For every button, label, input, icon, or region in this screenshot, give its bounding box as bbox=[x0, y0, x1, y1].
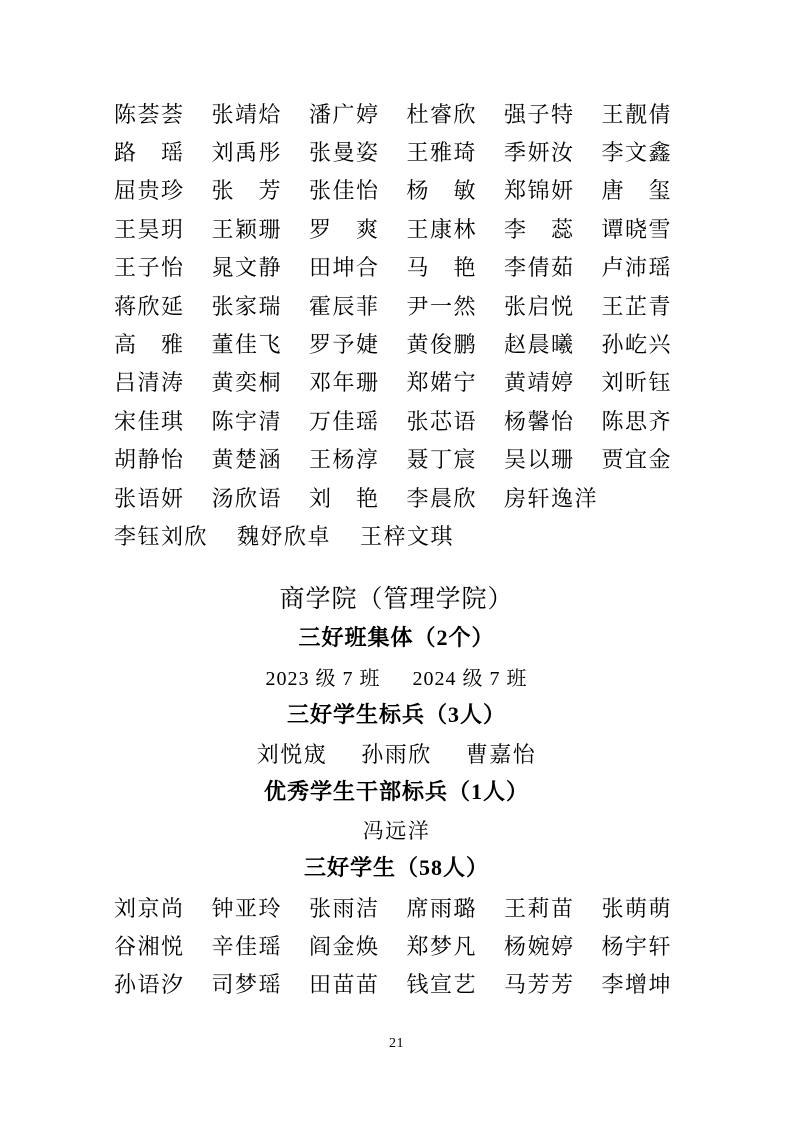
student-name: 张佳怡 bbox=[309, 174, 407, 205]
class-award-list: 2023 级 7 班2024 级 7 班 bbox=[114, 657, 679, 695]
student-name: 王莉苗 bbox=[504, 892, 602, 923]
name-row-four-char: 李钰刘欣魏妤欣卓王梓文琪 bbox=[114, 516, 679, 554]
student-name: 王梓文琪 bbox=[360, 520, 454, 551]
student-name: 高 雅 bbox=[114, 328, 212, 359]
student-name: 强子特 bbox=[504, 98, 602, 129]
student-name: 黄楚涵 bbox=[212, 443, 310, 474]
student-name: 席雨璐 bbox=[407, 892, 505, 923]
student-name: 谷湘悦 bbox=[114, 930, 212, 961]
student-name: 钟亚玲 bbox=[212, 892, 310, 923]
student-name: 曹嘉怡 bbox=[466, 738, 537, 769]
student-name: 刘京尚 bbox=[114, 892, 212, 923]
student-name: 李晨欣 bbox=[407, 482, 505, 513]
cadre-list: 冯远洋 bbox=[114, 811, 679, 849]
name-row: 胡静怡黄楚涵王杨淳聂丁宸吴以珊贾宜金 bbox=[114, 440, 679, 478]
student-name: 聂丁宸 bbox=[407, 443, 505, 474]
student-name: 贾宜金 bbox=[602, 443, 700, 474]
student-name: 司梦瑶 bbox=[212, 968, 310, 999]
student-name: 马芳芳 bbox=[504, 968, 602, 999]
student-name: 罗 爽 bbox=[309, 213, 407, 244]
student-name: 郑婼宁 bbox=[407, 366, 505, 397]
student-name: 陈宇清 bbox=[212, 405, 310, 436]
student-name: 张语妍 bbox=[114, 482, 212, 513]
model-student-heading: 三好学生标兵（3人） bbox=[114, 696, 679, 734]
student-name: 李倩茹 bbox=[504, 251, 602, 282]
class-award-heading: 三好班集体（2个） bbox=[114, 619, 679, 657]
student-name: 李钰刘欣 bbox=[114, 520, 208, 551]
student-name: 刘昕钰 bbox=[602, 366, 700, 397]
student-name: 冯远洋 bbox=[363, 815, 431, 845]
student-name: 杨馨怡 bbox=[504, 405, 602, 436]
student-name: 郑锦妍 bbox=[504, 174, 602, 205]
name-row: 屈贵珍张 芳张佳怡杨 敏郑锦妍唐 玺 bbox=[114, 171, 679, 209]
student-name: 孙屹兴 bbox=[602, 328, 700, 359]
student-name: 赵晨曦 bbox=[504, 328, 602, 359]
student-name: 张芯语 bbox=[407, 405, 505, 436]
student-name: 杜睿欣 bbox=[407, 98, 505, 129]
student-name: 阎金焕 bbox=[309, 930, 407, 961]
student-name: 季妍汝 bbox=[504, 136, 602, 167]
student-name: 张 芳 bbox=[212, 174, 310, 205]
student-name: 王昊玥 bbox=[114, 213, 212, 244]
student-name: 孙雨欣 bbox=[361, 738, 432, 769]
student-name: 屈贵珍 bbox=[114, 174, 212, 205]
cadre-heading: 优秀学生干部标兵（1人） bbox=[114, 773, 679, 811]
student-name: 张萌萌 bbox=[602, 892, 700, 923]
student-name: 刘禹彤 bbox=[212, 136, 310, 167]
student-name: 路 瑶 bbox=[114, 136, 212, 167]
student-name: 晁文静 bbox=[212, 251, 310, 282]
student-name: 李增坤 bbox=[602, 968, 700, 999]
student-name: 潘广婷 bbox=[309, 98, 407, 129]
student-name: 黄奕桐 bbox=[212, 366, 310, 397]
student-name: 田坤合 bbox=[309, 251, 407, 282]
name-row: 张语妍汤欣语刘 艳李晨欣房轩逸洋 bbox=[114, 478, 679, 516]
name-row: 吕清涛黄奕桐邓年珊郑婼宁黄靖婷刘昕钰 bbox=[114, 363, 679, 401]
student-name: 杨 敏 bbox=[407, 174, 505, 205]
student-name: 张家瑞 bbox=[212, 290, 310, 321]
student-name: 霍辰菲 bbox=[309, 290, 407, 321]
student-name: 杨婉婷 bbox=[504, 930, 602, 961]
student-name: 吴以珊 bbox=[504, 443, 602, 474]
class-name: 2023 级 7 班 bbox=[266, 662, 381, 691]
student-name: 魏妤欣卓 bbox=[237, 520, 331, 551]
student-name: 辛佳瑶 bbox=[212, 930, 310, 961]
college-title: 商学院（管理学院） bbox=[114, 581, 679, 619]
student-name: 黄俊鹏 bbox=[407, 328, 505, 359]
class-name: 2024 级 7 班 bbox=[413, 662, 528, 691]
name-row: 孙语汐司梦瑶田苗苗钱宣艺马芳芳李增坤 bbox=[114, 965, 679, 1003]
student-name: 杨宇轩 bbox=[602, 930, 700, 961]
student-name: 王颖珊 bbox=[212, 213, 310, 244]
bottom-roster: 刘京尚钟亚玲张雨洁席雨璐王莉苗张萌萌 谷湘悦辛佳瑶阎金焕郑梦凡杨婉婷杨宇轩 孙语… bbox=[114, 888, 679, 1003]
page-content: 陈荟荟张靖烚潘广婷杜睿欣强子特王靓倩 路 瑶刘禹彤张曼姿王雅琦季妍汝李文鑫 屈贵… bbox=[114, 94, 679, 1003]
student-name: 张启悦 bbox=[504, 290, 602, 321]
student-name: 王芷青 bbox=[602, 290, 700, 321]
student-name: 董佳飞 bbox=[212, 328, 310, 359]
student-name: 马 艳 bbox=[407, 251, 505, 282]
student-name: 蒋欣延 bbox=[114, 290, 212, 321]
name-row: 路 瑶刘禹彤张曼姿王雅琦季妍汝李文鑫 bbox=[114, 132, 679, 170]
name-row: 陈荟荟张靖烚潘广婷杜睿欣强子特王靓倩 bbox=[114, 94, 679, 132]
student-name: 张雨洁 bbox=[309, 892, 407, 923]
student-name: 吕清涛 bbox=[114, 366, 212, 397]
name-row: 蒋欣延张家瑞霍辰菲尹一然张启悦王芷青 bbox=[114, 286, 679, 324]
student-name: 刘 艳 bbox=[309, 482, 407, 513]
name-row: 刘京尚钟亚玲张雨洁席雨璐王莉苗张萌萌 bbox=[114, 888, 679, 926]
student-name: 王康林 bbox=[407, 213, 505, 244]
student-name: 钱宣艺 bbox=[407, 968, 505, 999]
student-name: 张靖烚 bbox=[212, 98, 310, 129]
student-name: 李 蕊 bbox=[504, 213, 602, 244]
student-name: 尹一然 bbox=[407, 290, 505, 321]
student-name: 刘悦宬 bbox=[257, 738, 328, 769]
student-name: 陈荟荟 bbox=[114, 98, 212, 129]
document-page: 陈荟荟张靖烚潘广婷杜睿欣强子特王靓倩 路 瑶刘禹彤张曼姿王雅琦季妍汝李文鑫 屈贵… bbox=[0, 0, 793, 1122]
model-student-list: 刘悦宬孙雨欣曹嘉怡 bbox=[114, 734, 679, 772]
student-name: 王子怡 bbox=[114, 251, 212, 282]
student-name: 房轩逸洋 bbox=[504, 482, 602, 513]
page-number: 21 bbox=[0, 1036, 793, 1052]
student-name: 孙语汐 bbox=[114, 968, 212, 999]
name-row: 王子怡晁文静田坤合马 艳李倩茹卢沛瑶 bbox=[114, 248, 679, 286]
student-name: 田苗苗 bbox=[309, 968, 407, 999]
college-section: 商学院（管理学院） 三好班集体（2个） 2023 级 7 班2024 级 7 班… bbox=[114, 581, 679, 1003]
top-roster: 陈荟荟张靖烚潘广婷杜睿欣强子特王靓倩 路 瑶刘禹彤张曼姿王雅琦季妍汝李文鑫 屈贵… bbox=[114, 94, 679, 555]
name-row: 高 雅董佳飞罗予婕黄俊鹏赵晨曦孙屹兴 bbox=[114, 324, 679, 362]
student-name: 宋佳琪 bbox=[114, 405, 212, 436]
name-row: 王昊玥王颖珊罗 爽王康林李 蕊谭晓雪 bbox=[114, 209, 679, 247]
student-name: 王靓倩 bbox=[602, 98, 700, 129]
student-name: 谭晓雪 bbox=[602, 213, 700, 244]
student-name: 唐 玺 bbox=[602, 174, 700, 205]
student-name: 罗予婕 bbox=[309, 328, 407, 359]
student-name: 邓年珊 bbox=[309, 366, 407, 397]
student-name: 卢沛瑶 bbox=[602, 251, 700, 282]
name-row: 谷湘悦辛佳瑶阎金焕郑梦凡杨婉婷杨宇轩 bbox=[114, 926, 679, 964]
student-name: 黄靖婷 bbox=[504, 366, 602, 397]
student-name: 万佳瑶 bbox=[309, 405, 407, 436]
student-name: 李文鑫 bbox=[602, 136, 700, 167]
merit-student-heading: 三好学生（58人） bbox=[114, 849, 679, 887]
student-name: 陈思齐 bbox=[602, 405, 700, 436]
student-name: 郑梦凡 bbox=[407, 930, 505, 961]
student-name: 王杨淳 bbox=[309, 443, 407, 474]
student-name: 王雅琦 bbox=[407, 136, 505, 167]
student-name: 汤欣语 bbox=[212, 482, 310, 513]
name-row: 宋佳琪陈宇清万佳瑶张芯语杨馨怡陈思齐 bbox=[114, 401, 679, 439]
student-name: 胡静怡 bbox=[114, 443, 212, 474]
student-name: 张曼姿 bbox=[309, 136, 407, 167]
